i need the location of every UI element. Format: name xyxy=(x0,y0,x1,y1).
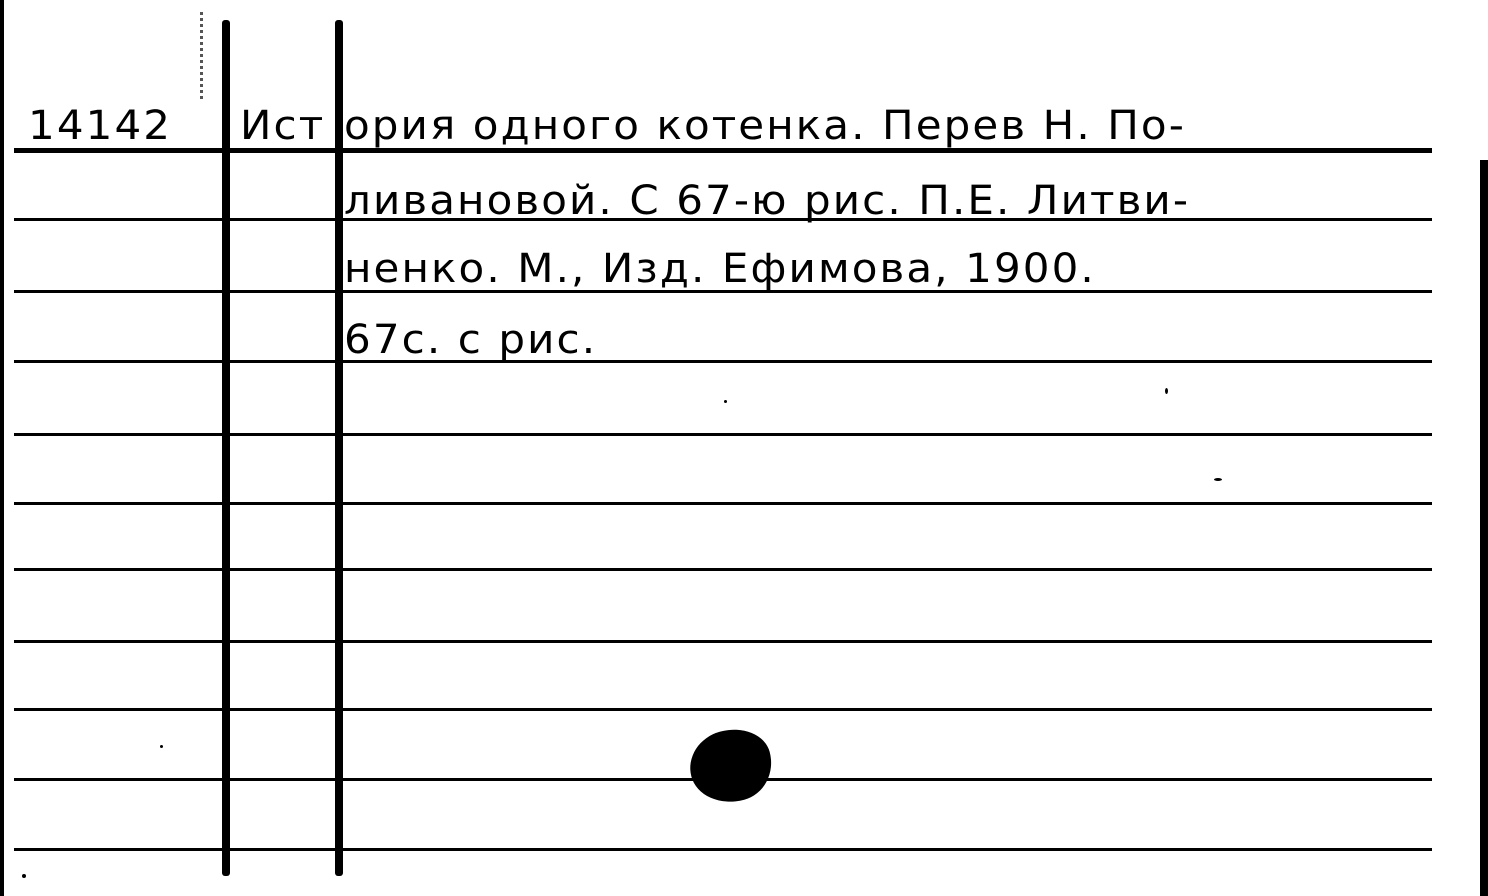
ruled-line xyxy=(14,778,222,781)
speck xyxy=(22,874,26,878)
ruled-line xyxy=(343,708,1432,711)
ruled-line xyxy=(230,290,335,293)
ruled-line xyxy=(14,502,222,505)
ruled-line xyxy=(14,433,222,436)
ruled-line xyxy=(343,778,1432,781)
ruled-line xyxy=(14,360,222,363)
speck xyxy=(160,745,163,748)
ruled-line xyxy=(230,848,335,851)
ruled-line xyxy=(230,640,335,643)
entry-line-4: 67с. с рис. xyxy=(344,317,597,363)
card-right-edge-gap xyxy=(1480,0,1488,160)
ruled-line xyxy=(343,640,1432,643)
speck xyxy=(1165,388,1168,394)
column-rule-right xyxy=(335,20,343,876)
ink-blot xyxy=(682,721,780,812)
pencil-mark xyxy=(200,12,203,102)
card-left-edge xyxy=(0,0,4,896)
ruled-line xyxy=(230,218,335,221)
entry-line-2: ливановой. С 67-ю рис. П.Е. Литви- xyxy=(344,178,1190,224)
ruled-line xyxy=(230,502,335,505)
ruled-line xyxy=(230,778,335,781)
speck xyxy=(1214,478,1222,481)
ruled-line xyxy=(14,290,222,293)
ruled-line xyxy=(230,433,335,436)
catalog-card: 14142 Ист ория одного котенка. Перев Н. … xyxy=(0,0,1488,896)
title-prefix: Ист xyxy=(240,103,325,149)
entry-line-3: ненко. М., Изд. Ефимова, 1900. xyxy=(344,246,1096,292)
ruled-line xyxy=(343,848,1432,851)
ruled-line xyxy=(14,218,222,221)
ruled-line xyxy=(14,568,222,571)
speck xyxy=(724,400,727,403)
ruled-line xyxy=(343,502,1432,505)
ruled-line xyxy=(14,640,222,643)
ruled-line xyxy=(14,708,222,711)
ruled-line xyxy=(230,360,335,363)
call-number: 14142 xyxy=(28,103,172,149)
entry-line-1: ория одного котенка. Перев Н. По- xyxy=(344,103,1186,149)
ruled-line xyxy=(230,708,335,711)
ruled-line xyxy=(230,568,335,571)
ruled-line xyxy=(14,848,222,851)
column-rule-left xyxy=(222,20,230,876)
ruled-line xyxy=(343,433,1432,436)
ruled-line xyxy=(343,568,1432,571)
